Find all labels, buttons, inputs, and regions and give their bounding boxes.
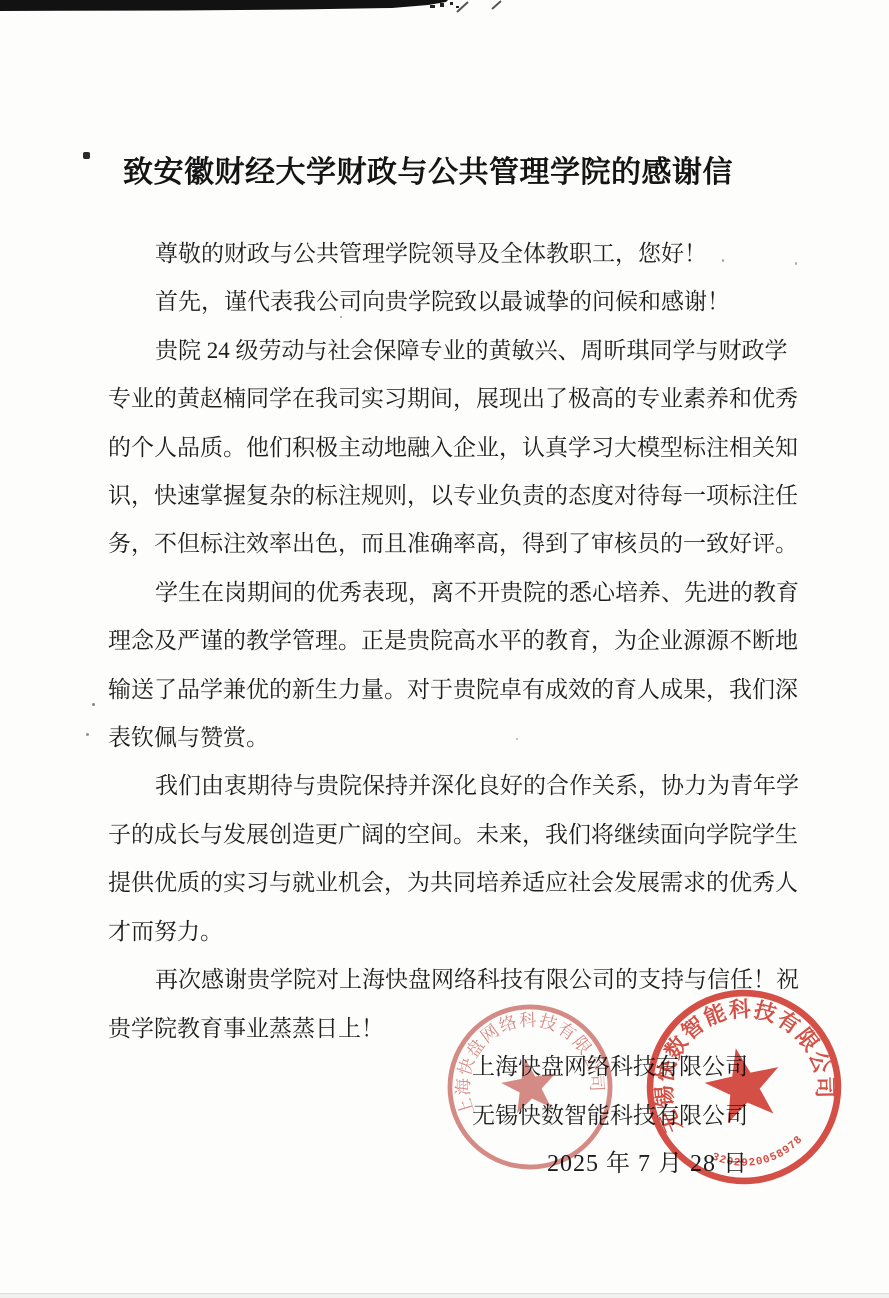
body-line: 识，快速掌握复杂的标注规则，以专业负责的态度对待每一项标注任	[108, 472, 752, 520]
body-line: 子的成长与发展创造更广阔的空间。未来，我们将继续面向学院学生	[108, 811, 752, 859]
signature-company-primary: 上海快盘网络科技有限公司	[472, 1042, 748, 1091]
body-line: 学生在岗期间的优秀表现，离不开贵院的悉心培养、先进的教育	[108, 569, 752, 617]
body-line: 才而努力。	[108, 908, 752, 956]
body-line: 再次感谢贵学院对上海快盘网络科技有限公司的支持与信任！祝	[108, 956, 752, 1004]
body-line: 务，不但标注效率出色，而且准确率高，得到了审核员的一致好评。	[108, 520, 752, 568]
body-line: 输送了品学兼优的新生力量。对于贵院卓有成效的育人成果，我们深	[108, 666, 752, 714]
scan-speck	[86, 733, 89, 736]
body-line: 理念及严谨的教学管理。正是贵院高水平的教育，为企业源源不断地	[108, 617, 752, 665]
scan-speck	[92, 703, 95, 706]
scan-smudge-top	[0, 0, 889, 18]
body-line: 首先，谨代表我公司向贵学院致以最诚挚的问候和感谢！	[108, 278, 752, 326]
signature-block: 上海快盘网络科技有限公司 无锡快数智能科技有限公司 2025 年 7 月 28 …	[472, 1042, 748, 1189]
body-line: 表钦佩与赞赏。	[108, 714, 752, 762]
scanned-letter-page: 致安徽财经大学财政与公共管理学院的感谢信 尊敬的财政与公共管理学院领导及全体教职…	[0, 0, 889, 1298]
scan-speck	[83, 152, 90, 159]
signature-date: 2025 年 7 月 28 日	[472, 1140, 748, 1189]
signature-company-secondary: 无锡快数智能科技有限公司	[472, 1091, 748, 1140]
body-line: 尊敬的财政与公共管理学院领导及全体教职工，您好！	[108, 230, 752, 278]
body-line: 提供优质的实习与就业机会，为共同培养适应社会发展需求的优秀人	[108, 859, 752, 907]
body-line: 我们由衷期待与贵院保持并深化良好的合作关系，协力为青年学	[108, 762, 752, 810]
body-line: 专业的黄赵楠同学在我司实习期间，展现出了极高的专业素养和优秀	[108, 375, 752, 423]
scan-edge-bottom	[0, 1293, 889, 1298]
letter-body: 尊敬的财政与公共管理学院领导及全体教职工，您好！首先，谨代表我公司向贵学院致以最…	[108, 230, 752, 1053]
body-line: 贵院 24 级劳动与社会保障专业的黄敏兴、周昕琪同学与财政学	[108, 327, 752, 375]
letter-title: 致安徽财经大学财政与公共管理学院的感谢信	[106, 156, 750, 189]
body-line: 的个人品质。他们积极主动地融入企业，认真学习大模型标注相关知	[108, 424, 752, 472]
scan-speck	[795, 262, 797, 265]
